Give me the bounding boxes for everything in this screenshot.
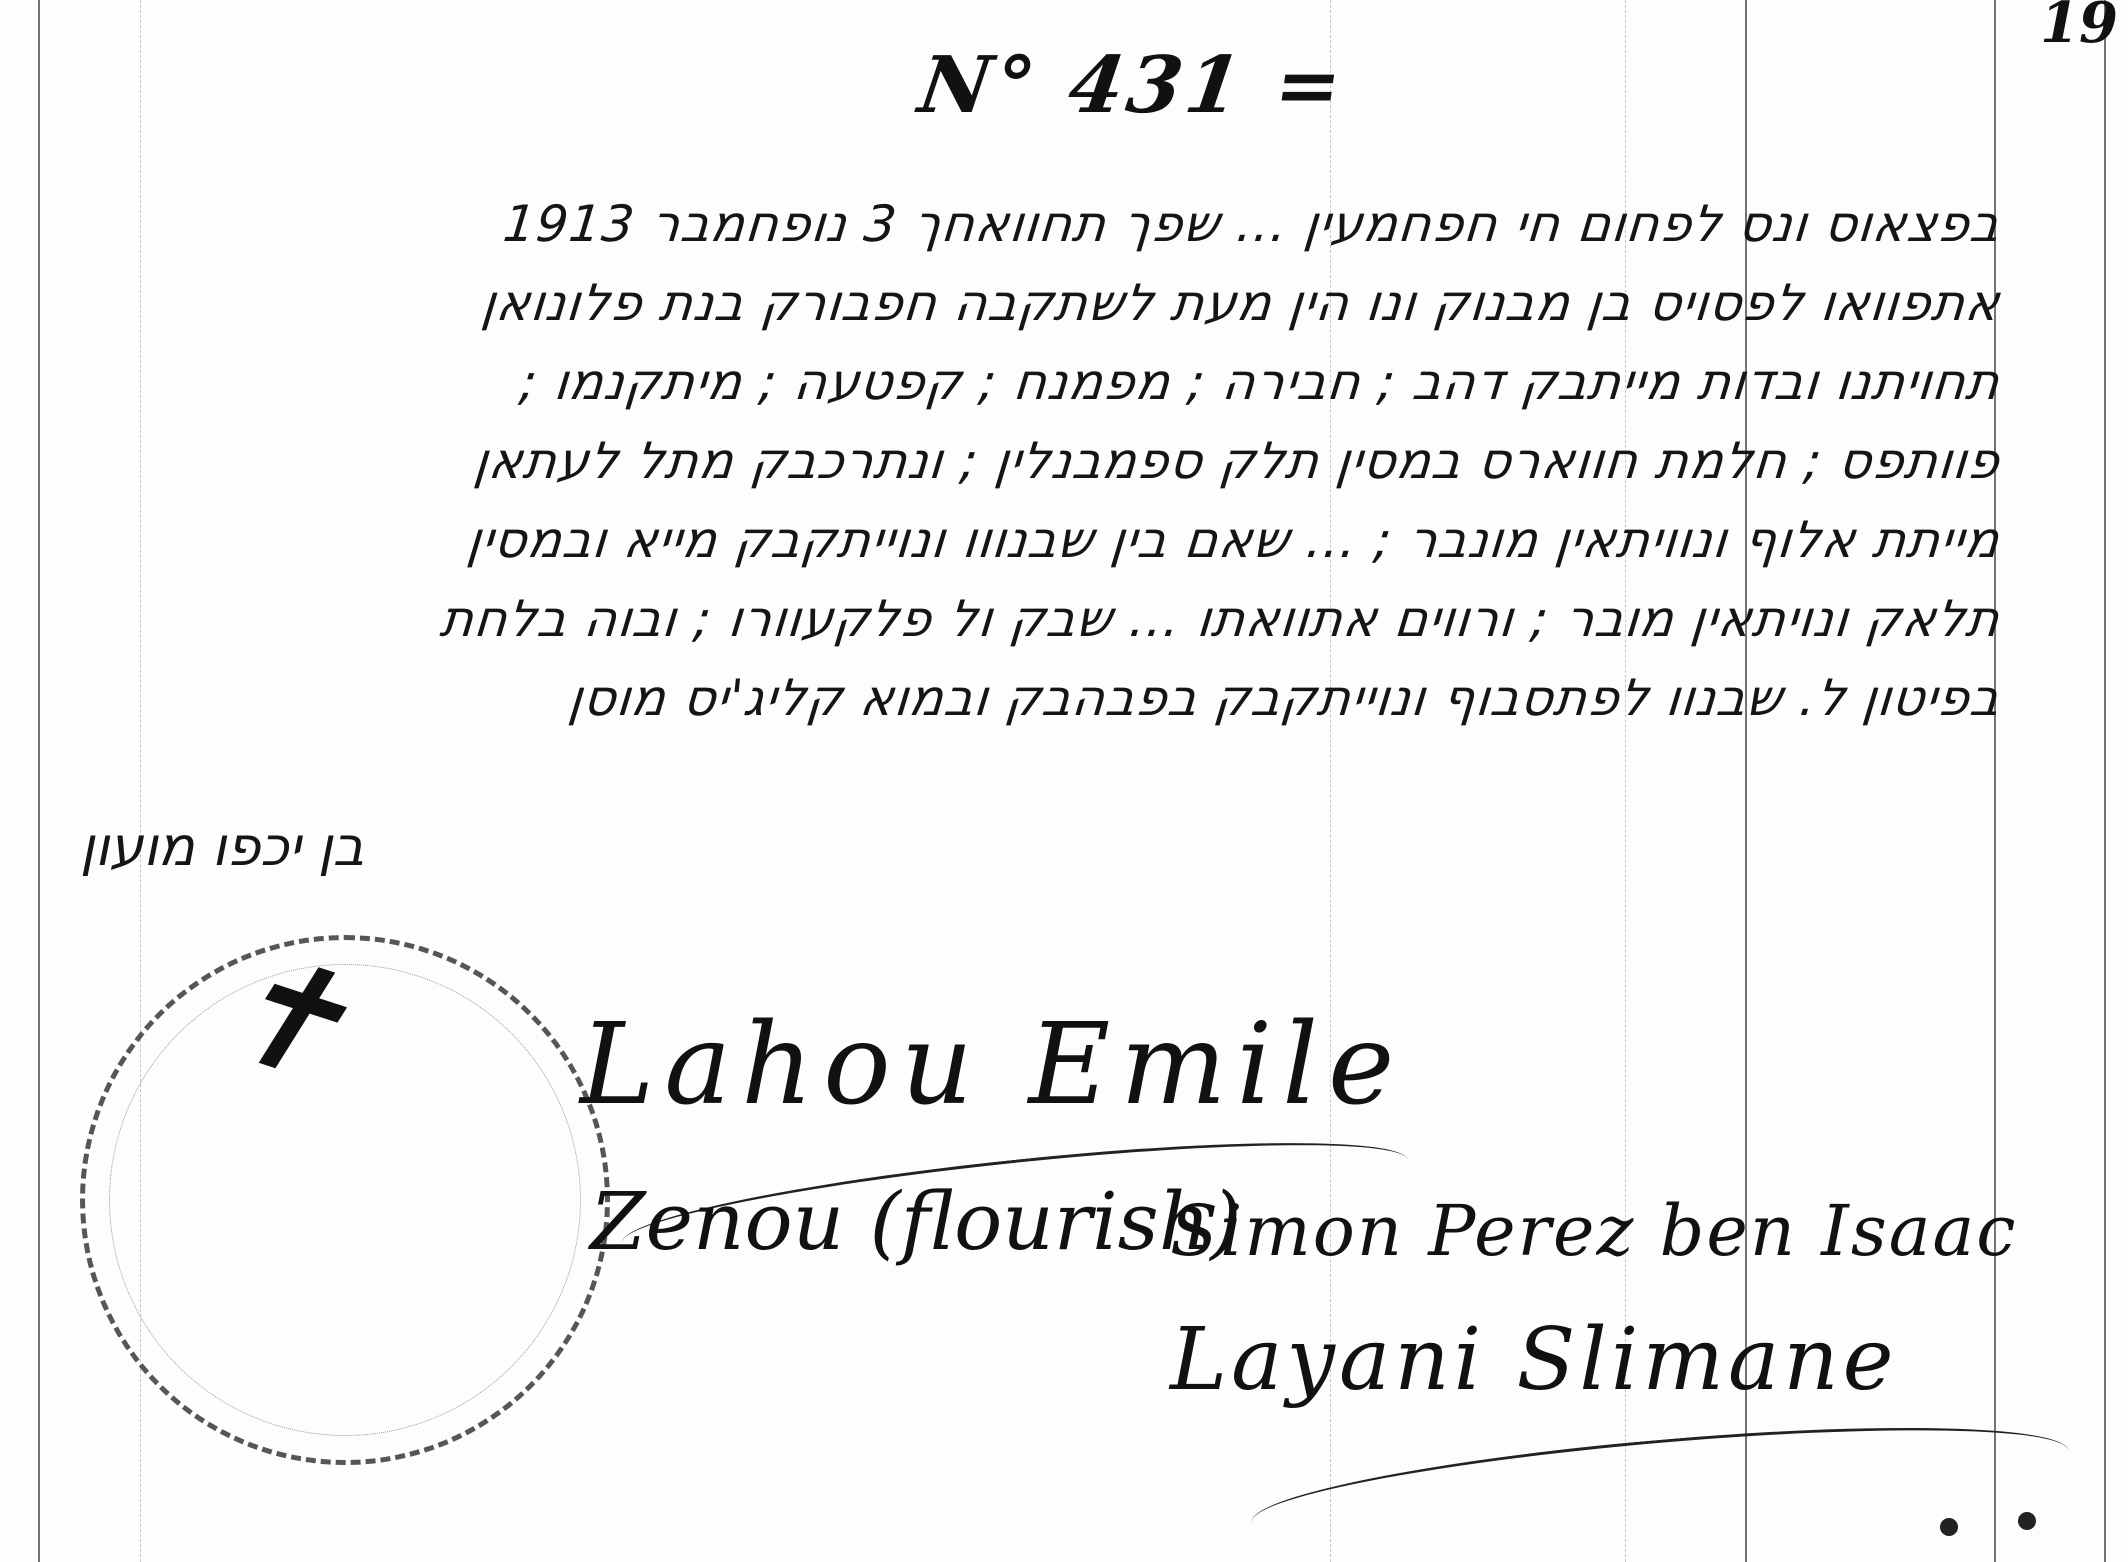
body-text: בפצאוס ונס לפחום חי חפחמעין ... שפך תחוו…	[70, 185, 2000, 738]
ink-dot	[1940, 1518, 1958, 1536]
ruled-line-left	[38, 0, 40, 1562]
text-line: בפצאוס ונס לפחום חי חפחמעין ... שפך תחוו…	[66, 185, 2004, 264]
text-line: מייתת אלוף ונוויתאין מונבר ; ... שאם בין…	[66, 501, 2004, 580]
text-line: פוותפס ; חלמת חווארס במסין תלק ספמבנלין …	[66, 422, 2004, 501]
text-line: אתפוואו לפסויס בן מבנוק ונו הין מעת לשתק…	[66, 264, 2004, 343]
ruled-line-edge	[2104, 0, 2106, 1562]
signature-zenou: Zenou (flourish)	[590, 1175, 1241, 1268]
text-line: תחויתנו ובדות מייתבק דהב ; חבירה ; מפמנח…	[66, 343, 2004, 422]
text-line: תלאק ונויתאין מובר ; ורווים אתוואתו ... …	[66, 580, 2004, 659]
signature-lahou-emile: Lahou Emile	[580, 1000, 1404, 1130]
document-number: N° 431 =	[914, 40, 1352, 131]
stamp-inner-ring	[109, 964, 581, 1436]
closing-line: בן יכפו מועון	[80, 815, 364, 878]
text-line: בפיטון ל. שבנוו לפתסבוף ונוייתקבק בפבהבק…	[66, 659, 2004, 738]
signature-layani-slimane: Layani Slimane	[1170, 1310, 1898, 1410]
signature-simon-perez: Simon Perez ben Isaac	[1170, 1190, 2017, 1272]
ink-dot	[2018, 1512, 2036, 1530]
signature-underline	[1248, 1404, 2073, 1562]
document-page: 19 N° 431 = בפצאוס ונס לפחום חי חפחמעין …	[0, 0, 2128, 1562]
page-mark: 19	[2040, 0, 2118, 56]
